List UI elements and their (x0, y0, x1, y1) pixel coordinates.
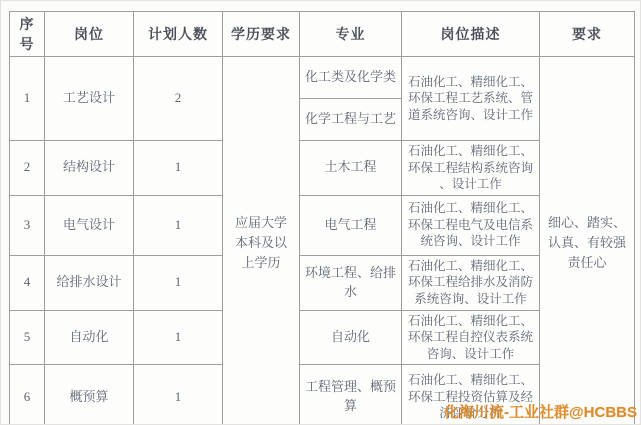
recruitment-table: 序号 岗位 计划人数 学历要求 专业 岗位描述 要求 1 工艺设计 2 应届大学… (9, 11, 635, 425)
cell-major-1a: 化工类及化学类 (300, 57, 402, 99)
header-count: 计划人数 (134, 12, 223, 57)
cell-no-5: 5 (10, 310, 45, 365)
header-education: 学历要求 (223, 12, 300, 57)
cell-description-4: 石油化工、精细化工、环保工程给排水及消防系统咨询、设计工作 (402, 255, 540, 310)
cell-major-6: 工程管理、概预算 (300, 365, 402, 425)
header-no: 序号 (10, 12, 45, 57)
cell-major-2: 土木工程 (300, 141, 402, 196)
cell-count-4: 1 (134, 255, 223, 310)
header-description: 岗位描述 (402, 12, 540, 57)
table-row-1a: 1 工艺设计 2 应届大学本科及以上学历 化工类及化学类 石油化工、精细化工、环… (10, 57, 635, 99)
cell-position-4: 给排水设计 (45, 255, 134, 310)
cell-count-2: 1 (134, 141, 223, 196)
cell-no-3: 3 (10, 195, 45, 255)
cell-no-4: 4 (10, 255, 45, 310)
cell-description-2: 石油化工、精细化工、环保工程结构系统咨询、设计工作 (402, 141, 540, 196)
cell-count-1: 2 (134, 57, 223, 141)
header-requirement: 要求 (540, 12, 635, 57)
cell-description-1: 石油化工、精细化工、环保工程工艺系统、管道系统咨询、设计工作 (402, 57, 540, 141)
cell-description-3: 石油化工、精细化工、环保工程电气及电信系统咨询、设计工作 (402, 195, 540, 255)
watermark: 化海川流-工业社群@HCBBS (444, 401, 637, 422)
page: 序号 岗位 计划人数 学历要求 专业 岗位描述 要求 1 工艺设计 2 应届大学… (0, 0, 641, 425)
cell-position-1: 工艺设计 (45, 57, 134, 141)
cell-count-5: 1 (134, 310, 223, 365)
cell-count-6: 1 (134, 365, 223, 425)
cell-major-1b: 化学工程与工艺 (300, 99, 402, 141)
header-major: 专业 (300, 12, 402, 57)
cell-major-4: 环境工程、给排水 (300, 255, 402, 310)
cell-count-3: 1 (134, 195, 223, 255)
cell-requirement: 细心、踏实、认真、有较强责任心 (540, 57, 635, 425)
cell-education: 应届大学本科及以上学历 (223, 57, 300, 425)
cell-position-5: 自动化 (45, 310, 134, 365)
cell-position-2: 结构设计 (45, 141, 134, 196)
cell-major-5: 自动化 (300, 310, 402, 365)
header-row: 序号 岗位 计划人数 学历要求 专业 岗位描述 要求 (10, 12, 635, 57)
cell-description-5: 石油化工、精细化工、环保工程自控仪表系统咨询、设计工作 (402, 310, 540, 365)
cell-no-6: 6 (10, 365, 45, 425)
cell-major-3: 电气工程 (300, 195, 402, 255)
cell-no-2: 2 (10, 141, 45, 196)
cell-no-1: 1 (10, 57, 45, 141)
cell-position-3: 电气设计 (45, 195, 134, 255)
header-position: 岗位 (45, 12, 134, 57)
cell-position-6: 概预算 (45, 365, 134, 425)
